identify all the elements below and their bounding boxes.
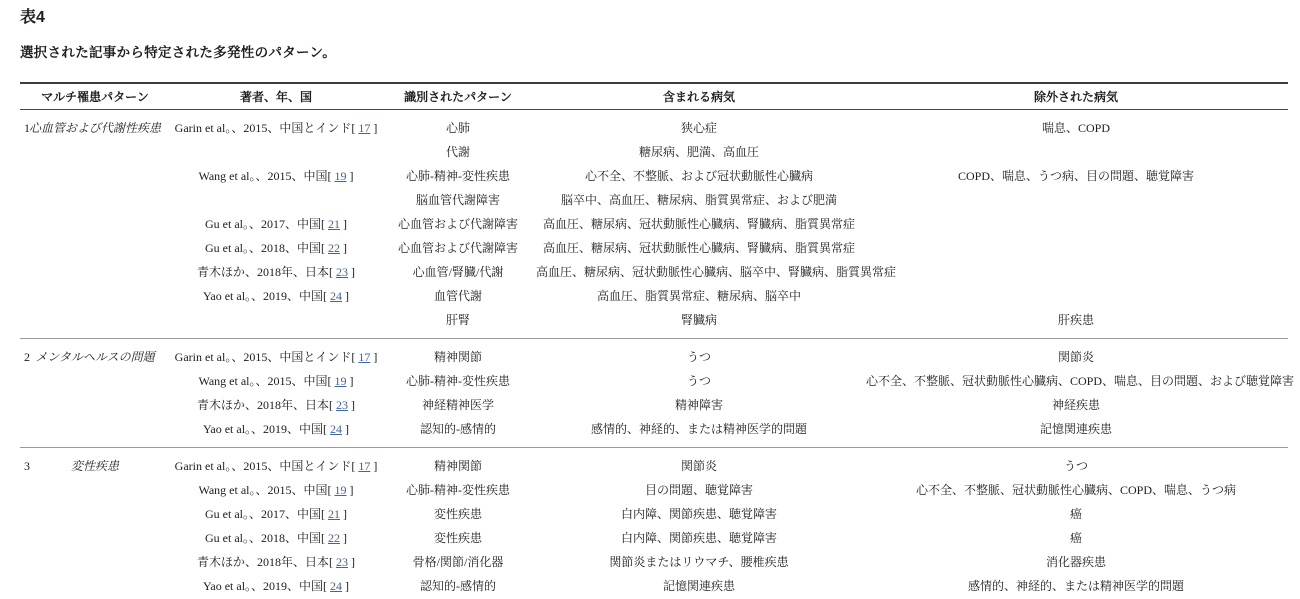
pattern-group-cell xyxy=(20,236,170,260)
pattern-group-cell xyxy=(20,502,170,526)
reference-link[interactable]: 23 xyxy=(336,398,348,412)
pattern-group-cell xyxy=(20,550,170,574)
included-diseases-cell: 感情的、神経的、または精神医学的問題 xyxy=(534,417,864,448)
table-row: Wang et al。、2015、中国[ 19 ]心肺-精神-変性疾患うつ心不全… xyxy=(20,369,1288,393)
section-number: 3 xyxy=(24,459,30,473)
reference-link[interactable]: 22 xyxy=(328,531,340,545)
included-diseases-cell: 脳卒中、高血圧、糖尿病、脂質異常症、および肥満 xyxy=(534,188,864,212)
article-table-page: 表4 選択された記事から特定された多発性のパターン。 マルチ罹患パターン著者、年… xyxy=(0,0,1300,599)
included-diseases-cell: 心不全、不整脈、および冠状動脈性心臓病 xyxy=(534,164,864,188)
pattern-section: 2メンタルヘルスの問題Garin et al。、2015、中国とインド[ 17 … xyxy=(20,339,1288,448)
identified-pattern-cell: 精神関節 xyxy=(382,448,534,479)
table-row: Wang et al。、2015、中国[ 19 ]心肺-精神-変性疾患目の問題、… xyxy=(20,478,1288,502)
included-diseases-cell: 白内障、関節疾患、聴覚障害 xyxy=(534,502,864,526)
excluded-diseases-cell: 心不全、不整脈、冠状動脈性心臓病、COPD、喘息、目の問題、および聴覚障害 xyxy=(864,369,1288,393)
author-cell: 青木ほか、2018年、日本[ 23 ] xyxy=(170,260,382,284)
reference-link[interactable]: 19 xyxy=(335,483,347,497)
included-diseases-cell: 関節炎 xyxy=(534,448,864,479)
identified-pattern-cell: 認知的-感情的 xyxy=(382,417,534,448)
excluded-diseases-cell: 関節炎 xyxy=(864,339,1288,370)
identified-pattern-cell: 変性疾患 xyxy=(382,526,534,550)
pattern-group-cell: 1心血管および代謝性疾患 xyxy=(20,110,170,141)
column-header: マルチ罹患パターン xyxy=(20,83,170,110)
table-row: Wang et al。、2015、中国[ 19 ]心肺-精神-変性疾患心不全、不… xyxy=(20,164,1288,188)
table-row: 2メンタルヘルスの問題Garin et al。、2015、中国とインド[ 17 … xyxy=(20,339,1288,370)
identified-pattern-cell: 変性疾患 xyxy=(382,502,534,526)
excluded-diseases-cell: 喘息、COPD xyxy=(864,110,1288,141)
multimorbidity-table: マルチ罹患パターン著者、年、国識別されたパターン含まれる病気除外された病気 1心… xyxy=(20,82,1288,599)
author-cell: Garin et al。、2015、中国とインド[ 17 ] xyxy=(170,339,382,370)
pattern-group-cell xyxy=(20,140,170,164)
author-cell xyxy=(170,188,382,212)
excluded-diseases-cell: 心不全、不整脈、冠状動脈性心臓病、COPD、喘息、うつ病 xyxy=(864,478,1288,502)
identified-pattern-cell: 認知的-感情的 xyxy=(382,574,534,599)
pattern-group-cell xyxy=(20,260,170,284)
section-label: 変性疾患 xyxy=(71,459,119,473)
table-row: Gu et al。、2017、中国[ 21 ]変性疾患白内障、関節疾患、聴覚障害… xyxy=(20,502,1288,526)
excluded-diseases-cell: 記憶関連疾患 xyxy=(864,417,1288,448)
column-header: 除外された病気 xyxy=(864,83,1288,110)
pattern-group-cell xyxy=(20,417,170,448)
table-row: Gu et al。、2018、中国[ 22 ]心血管および代謝障害高血圧、糖尿病… xyxy=(20,236,1288,260)
table-row: 代謝糖尿病、肥満、高血圧 xyxy=(20,140,1288,164)
reference-link[interactable]: 24 xyxy=(330,289,342,303)
table-row: Gu et al。、2018、中国[ 22 ]変性疾患白内障、関節疾患、聴覚障害… xyxy=(20,526,1288,550)
included-diseases-cell: 高血圧、糖尿病、冠状動脈性心臓病、腎臓病、脂質異常症 xyxy=(534,212,864,236)
author-cell: Yao et al。、2019、中国[ 24 ] xyxy=(170,574,382,599)
excluded-diseases-cell xyxy=(864,212,1288,236)
author-cell: Wang et al。、2015、中国[ 19 ] xyxy=(170,369,382,393)
identified-pattern-cell: 精神関節 xyxy=(382,339,534,370)
author-cell: 青木ほか、2018年、日本[ 23 ] xyxy=(170,550,382,574)
identified-pattern-cell: 神経精神医学 xyxy=(382,393,534,417)
included-diseases-cell: 腎臓病 xyxy=(534,308,864,339)
pattern-section: 1心血管および代謝性疾患Garin et al。、2015、中国とインド[ 17… xyxy=(20,110,1288,339)
table-row: Yao et al。、2019、中国[ 24 ]認知的-感情的記憶関連疾患感情的… xyxy=(20,574,1288,599)
included-diseases-cell: うつ xyxy=(534,339,864,370)
identified-pattern-cell: 代謝 xyxy=(382,140,534,164)
identified-pattern-cell: 肝腎 xyxy=(382,308,534,339)
pattern-group-cell xyxy=(20,164,170,188)
included-diseases-cell: 記憶関連疾患 xyxy=(534,574,864,599)
reference-link[interactable]: 19 xyxy=(335,169,347,183)
author-cell xyxy=(170,140,382,164)
identified-pattern-cell: 心肺-精神-変性疾患 xyxy=(382,478,534,502)
identified-pattern-cell: 心血管/腎臓/代謝 xyxy=(382,260,534,284)
author-cell: Yao et al。、2019、中国[ 24 ] xyxy=(170,284,382,308)
reference-link[interactable]: 17 xyxy=(358,459,370,473)
included-diseases-cell: 高血圧、糖尿病、冠状動脈性心臓病、腎臓病、脂質異常症 xyxy=(534,236,864,260)
column-header: 含まれる病気 xyxy=(534,83,864,110)
excluded-diseases-cell: 消化器疾患 xyxy=(864,550,1288,574)
identified-pattern-cell: 心肺 xyxy=(382,110,534,141)
included-diseases-cell: 白内障、関節疾患、聴覚障害 xyxy=(534,526,864,550)
pattern-group-cell xyxy=(20,284,170,308)
table-row: Gu et al。、2017、中国[ 21 ]心血管および代謝障害高血圧、糖尿病… xyxy=(20,212,1288,236)
excluded-diseases-cell xyxy=(864,188,1288,212)
included-diseases-cell: 狭心症 xyxy=(534,110,864,141)
table-row: 1心血管および代謝性疾患Garin et al。、2015、中国とインド[ 17… xyxy=(20,110,1288,141)
excluded-diseases-cell: COPD、喘息、うつ病、目の問題、聴覚障害 xyxy=(864,164,1288,188)
reference-link[interactable]: 22 xyxy=(328,241,340,255)
section-label: 心血管および代謝性疾患 xyxy=(29,121,161,135)
reference-link[interactable]: 17 xyxy=(358,121,370,135)
pattern-group-cell xyxy=(20,188,170,212)
table-row: 脳血管代謝障害脳卒中、高血圧、糖尿病、脂質異常症、および肥満 xyxy=(20,188,1288,212)
excluded-diseases-cell: 癌 xyxy=(864,502,1288,526)
included-diseases-cell: 糖尿病、肥満、高血圧 xyxy=(534,140,864,164)
excluded-diseases-cell xyxy=(864,236,1288,260)
excluded-diseases-cell: 肝疾患 xyxy=(864,308,1288,339)
identified-pattern-cell: 心血管および代謝障害 xyxy=(382,236,534,260)
identified-pattern-cell: 心肺-精神-変性疾患 xyxy=(382,164,534,188)
table-row: 青木ほか、2018年、日本[ 23 ]骨格/関節/消化器関節炎またはリウマチ、腰… xyxy=(20,550,1288,574)
author-cell: Garin et al。、2015、中国とインド[ 17 ] xyxy=(170,110,382,141)
included-diseases-cell: 高血圧、糖尿病、冠状動脈性心臓病、脳卒中、腎臓病、脂質異常症 xyxy=(534,260,864,284)
table-row: Yao et al。、2019、中国[ 24 ]血管代謝高血圧、脂質異常症、糖尿… xyxy=(20,284,1288,308)
excluded-diseases-cell xyxy=(864,284,1288,308)
reference-link[interactable]: 19 xyxy=(335,374,347,388)
section-number: 2 xyxy=(24,350,30,364)
pattern-group-cell: 2メンタルヘルスの問題 xyxy=(20,339,170,370)
pattern-group-cell xyxy=(20,369,170,393)
author-cell: Gu et al。、2018、中国[ 22 ] xyxy=(170,526,382,550)
included-diseases-cell: 精神障害 xyxy=(534,393,864,417)
table-header: マルチ罹患パターン著者、年、国識別されたパターン含まれる病気除外された病気 xyxy=(20,83,1288,110)
identified-pattern-cell: 心血管および代謝障害 xyxy=(382,212,534,236)
reference-link[interactable]: 24 xyxy=(330,579,342,593)
included-diseases-cell: 高血圧、脂質異常症、糖尿病、脳卒中 xyxy=(534,284,864,308)
excluded-diseases-cell xyxy=(864,260,1288,284)
author-cell: Gu et al。、2017、中国[ 21 ] xyxy=(170,502,382,526)
page-subtitle: 選択された記事から特定された多発性のパターン。 xyxy=(20,41,1284,61)
included-diseases-cell: 関節炎またはリウマチ、腰椎疾患 xyxy=(534,550,864,574)
table-row: 肝腎腎臓病肝疾患 xyxy=(20,308,1288,339)
excluded-diseases-cell: 癌 xyxy=(864,526,1288,550)
table-row: Yao et al。、2019、中国[ 24 ]認知的-感情的感情的、神経的、ま… xyxy=(20,417,1288,448)
author-cell: Gu et al。、2017、中国[ 21 ] xyxy=(170,212,382,236)
author-cell: Yao et al。、2019、中国[ 24 ] xyxy=(170,417,382,448)
reference-link[interactable]: 21 xyxy=(328,507,340,521)
pattern-group-cell xyxy=(20,574,170,599)
column-header: 著者、年、国 xyxy=(170,83,382,110)
author-cell: Wang et al。、2015、中国[ 19 ] xyxy=(170,164,382,188)
excluded-diseases-cell: 感情的、神経的、または精神医学的問題 xyxy=(864,574,1288,599)
pattern-group-cell xyxy=(20,393,170,417)
header-row: マルチ罹患パターン著者、年、国識別されたパターン含まれる病気除外された病気 xyxy=(20,83,1288,110)
excluded-diseases-cell: 神経疾患 xyxy=(864,393,1288,417)
table-row: 青木ほか、2018年、日本[ 23 ]神経精神医学精神障害神経疾患 xyxy=(20,393,1288,417)
section-number: 1 xyxy=(24,121,30,135)
identified-pattern-cell: 骨格/関節/消化器 xyxy=(382,550,534,574)
pattern-group-cell xyxy=(20,212,170,236)
reference-link[interactable]: 17 xyxy=(358,350,370,364)
pattern-group-cell: 3変性疾患 xyxy=(20,448,170,479)
identified-pattern-cell: 脳血管代謝障害 xyxy=(382,188,534,212)
pattern-group-cell xyxy=(20,478,170,502)
author-cell: 青木ほか、2018年、日本[ 23 ] xyxy=(170,393,382,417)
table-row: 3変性疾患Garin et al。、2015、中国とインド[ 17 ]精神関節関… xyxy=(20,448,1288,479)
section-label: メンタルヘルスの問題 xyxy=(35,350,154,364)
identified-pattern-cell: 心肺-精神-変性疾患 xyxy=(382,369,534,393)
reference-link[interactable]: 21 xyxy=(328,217,340,231)
pattern-group-cell xyxy=(20,526,170,550)
column-header: 識別されたパターン xyxy=(382,83,534,110)
included-diseases-cell: うつ xyxy=(534,369,864,393)
author-cell: Gu et al。、2018、中国[ 22 ] xyxy=(170,236,382,260)
pattern-section: 3変性疾患Garin et al。、2015、中国とインド[ 17 ]精神関節関… xyxy=(20,448,1288,599)
reference-link[interactable]: 24 xyxy=(330,422,342,436)
table-row: 青木ほか、2018年、日本[ 23 ]心血管/腎臓/代謝高血圧、糖尿病、冠状動脈… xyxy=(20,260,1288,284)
identified-pattern-cell: 血管代謝 xyxy=(382,284,534,308)
pattern-group-cell xyxy=(20,308,170,339)
reference-link[interactable]: 23 xyxy=(336,265,348,279)
reference-link[interactable]: 23 xyxy=(336,555,348,569)
author-cell: Garin et al。、2015、中国とインド[ 17 ] xyxy=(170,448,382,479)
author-cell xyxy=(170,308,382,339)
excluded-diseases-cell xyxy=(864,140,1288,164)
author-cell: Wang et al。、2015、中国[ 19 ] xyxy=(170,478,382,502)
excluded-diseases-cell: うつ xyxy=(864,448,1288,479)
included-diseases-cell: 目の問題、聴覚障害 xyxy=(534,478,864,502)
page-title: 表4 xyxy=(20,8,1284,28)
